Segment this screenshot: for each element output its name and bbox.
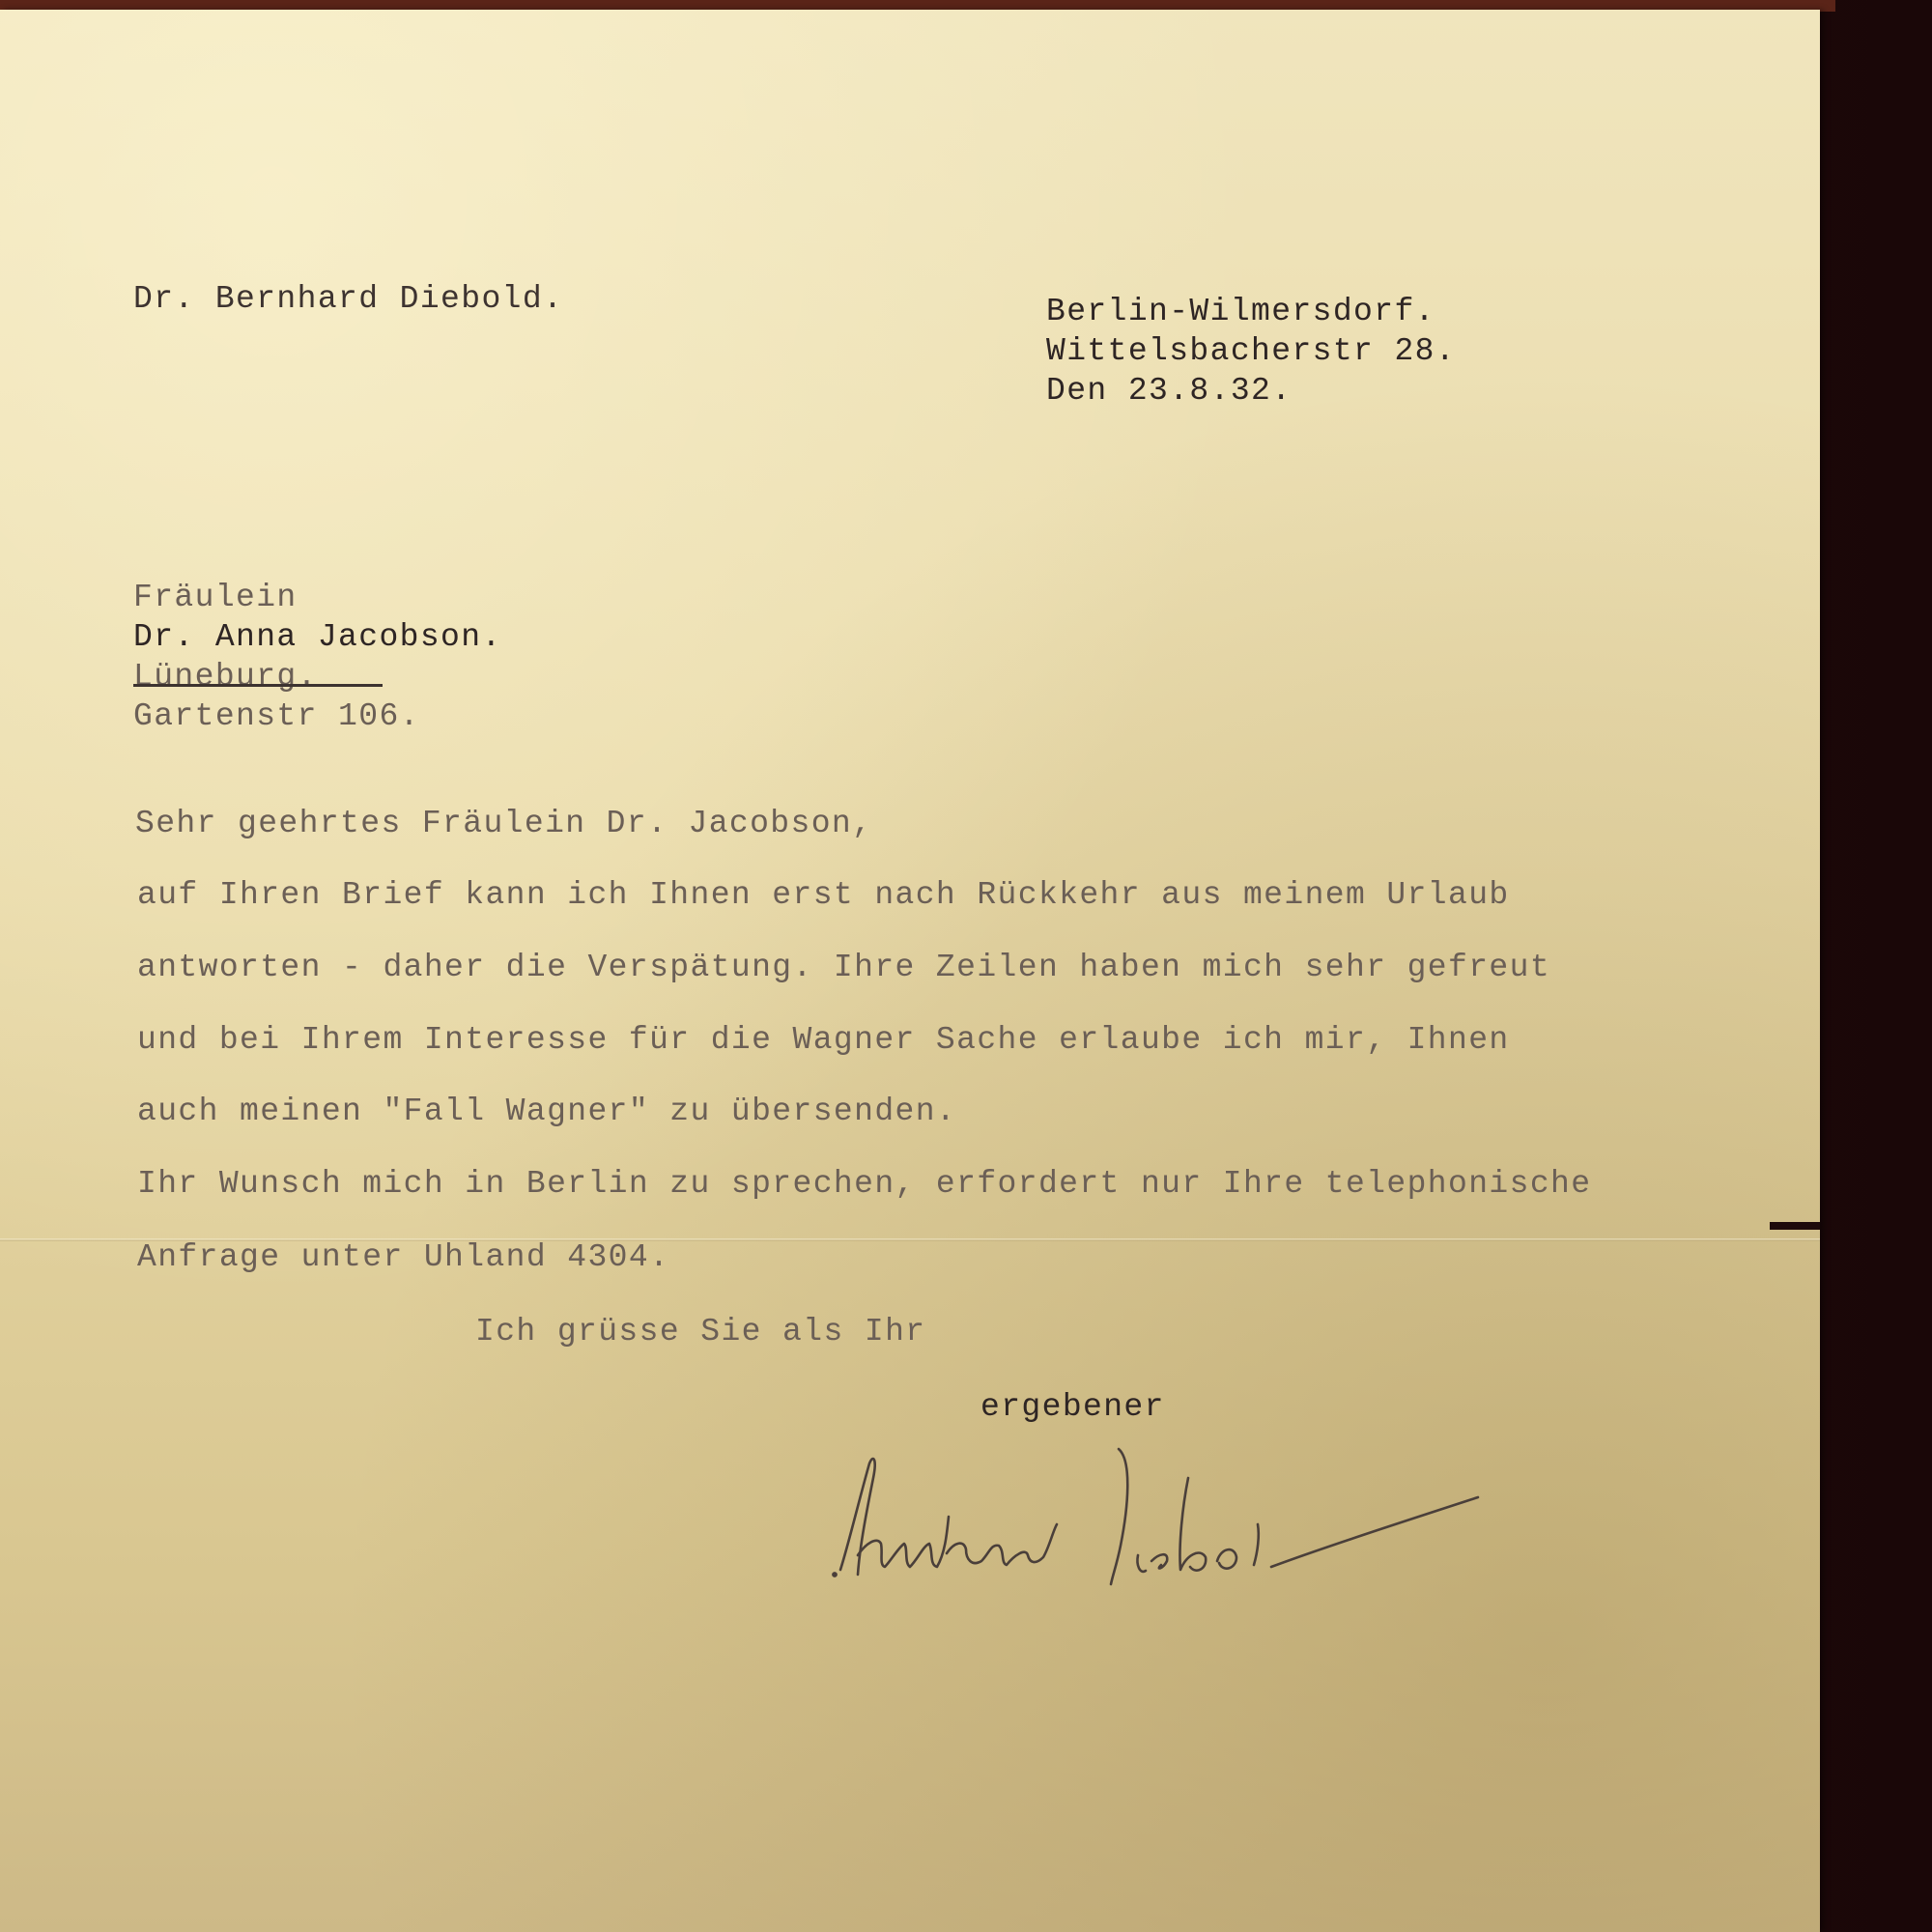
paper-tear-notch <box>1770 1222 1820 1230</box>
recipient-city: Lüneburg. <box>133 657 502 696</box>
body-line: Ihr Wunsch mich in Berlin zu sprechen, e… <box>137 1168 1591 1200</box>
sender-name: Dr. Bernhard Diebold. <box>133 283 563 315</box>
valediction: ergebener <box>980 1391 1165 1423</box>
city-underline <box>133 684 383 687</box>
letter-date: Den 23.8.32. <box>1046 371 1456 411</box>
recipient-name: Dr. Anna Jacobson. <box>133 617 502 657</box>
recipient-title: Fräulein <box>133 578 502 617</box>
recipient-address: FräuleinDr. Anna Jacobson.Lüneburg.Garte… <box>133 578 502 736</box>
sender-city: Berlin-Wilmersdorf. <box>1046 292 1456 331</box>
body-line: und bei Ihrem Interesse für die Wagner S… <box>137 1024 1510 1056</box>
sender-address: Berlin-Wilmersdorf.Wittelsbacherstr 28.D… <box>1046 292 1456 411</box>
paper-fold-crease <box>0 1238 1820 1241</box>
photo-scene: Dr. Bernhard Diebold. Berlin-Wilmersdorf… <box>0 0 1932 1932</box>
body-line: auf Ihren Brief kann ich Ihnen erst nach… <box>137 879 1510 911</box>
body-line: antworten - daher die Verspätung. Ihre Z… <box>137 952 1550 983</box>
salutation: Sehr geehrtes Fräulein Dr. Jacobson, <box>135 808 872 839</box>
letter-paper: Dr. Bernhard Diebold. Berlin-Wilmersdorf… <box>0 10 1820 1932</box>
recipient-street: Gartenstr 106. <box>133 696 502 736</box>
body-line: auch meinen "Fall Wagner" zu übersenden. <box>137 1095 956 1127</box>
handwritten-signature <box>821 1439 1613 1594</box>
body-line: Anfrage unter Uhland 4304. <box>137 1241 669 1273</box>
closing-greeting: Ich grüsse Sie als Ihr <box>475 1316 925 1348</box>
sender-street: Wittelsbacherstr 28. <box>1046 331 1456 371</box>
